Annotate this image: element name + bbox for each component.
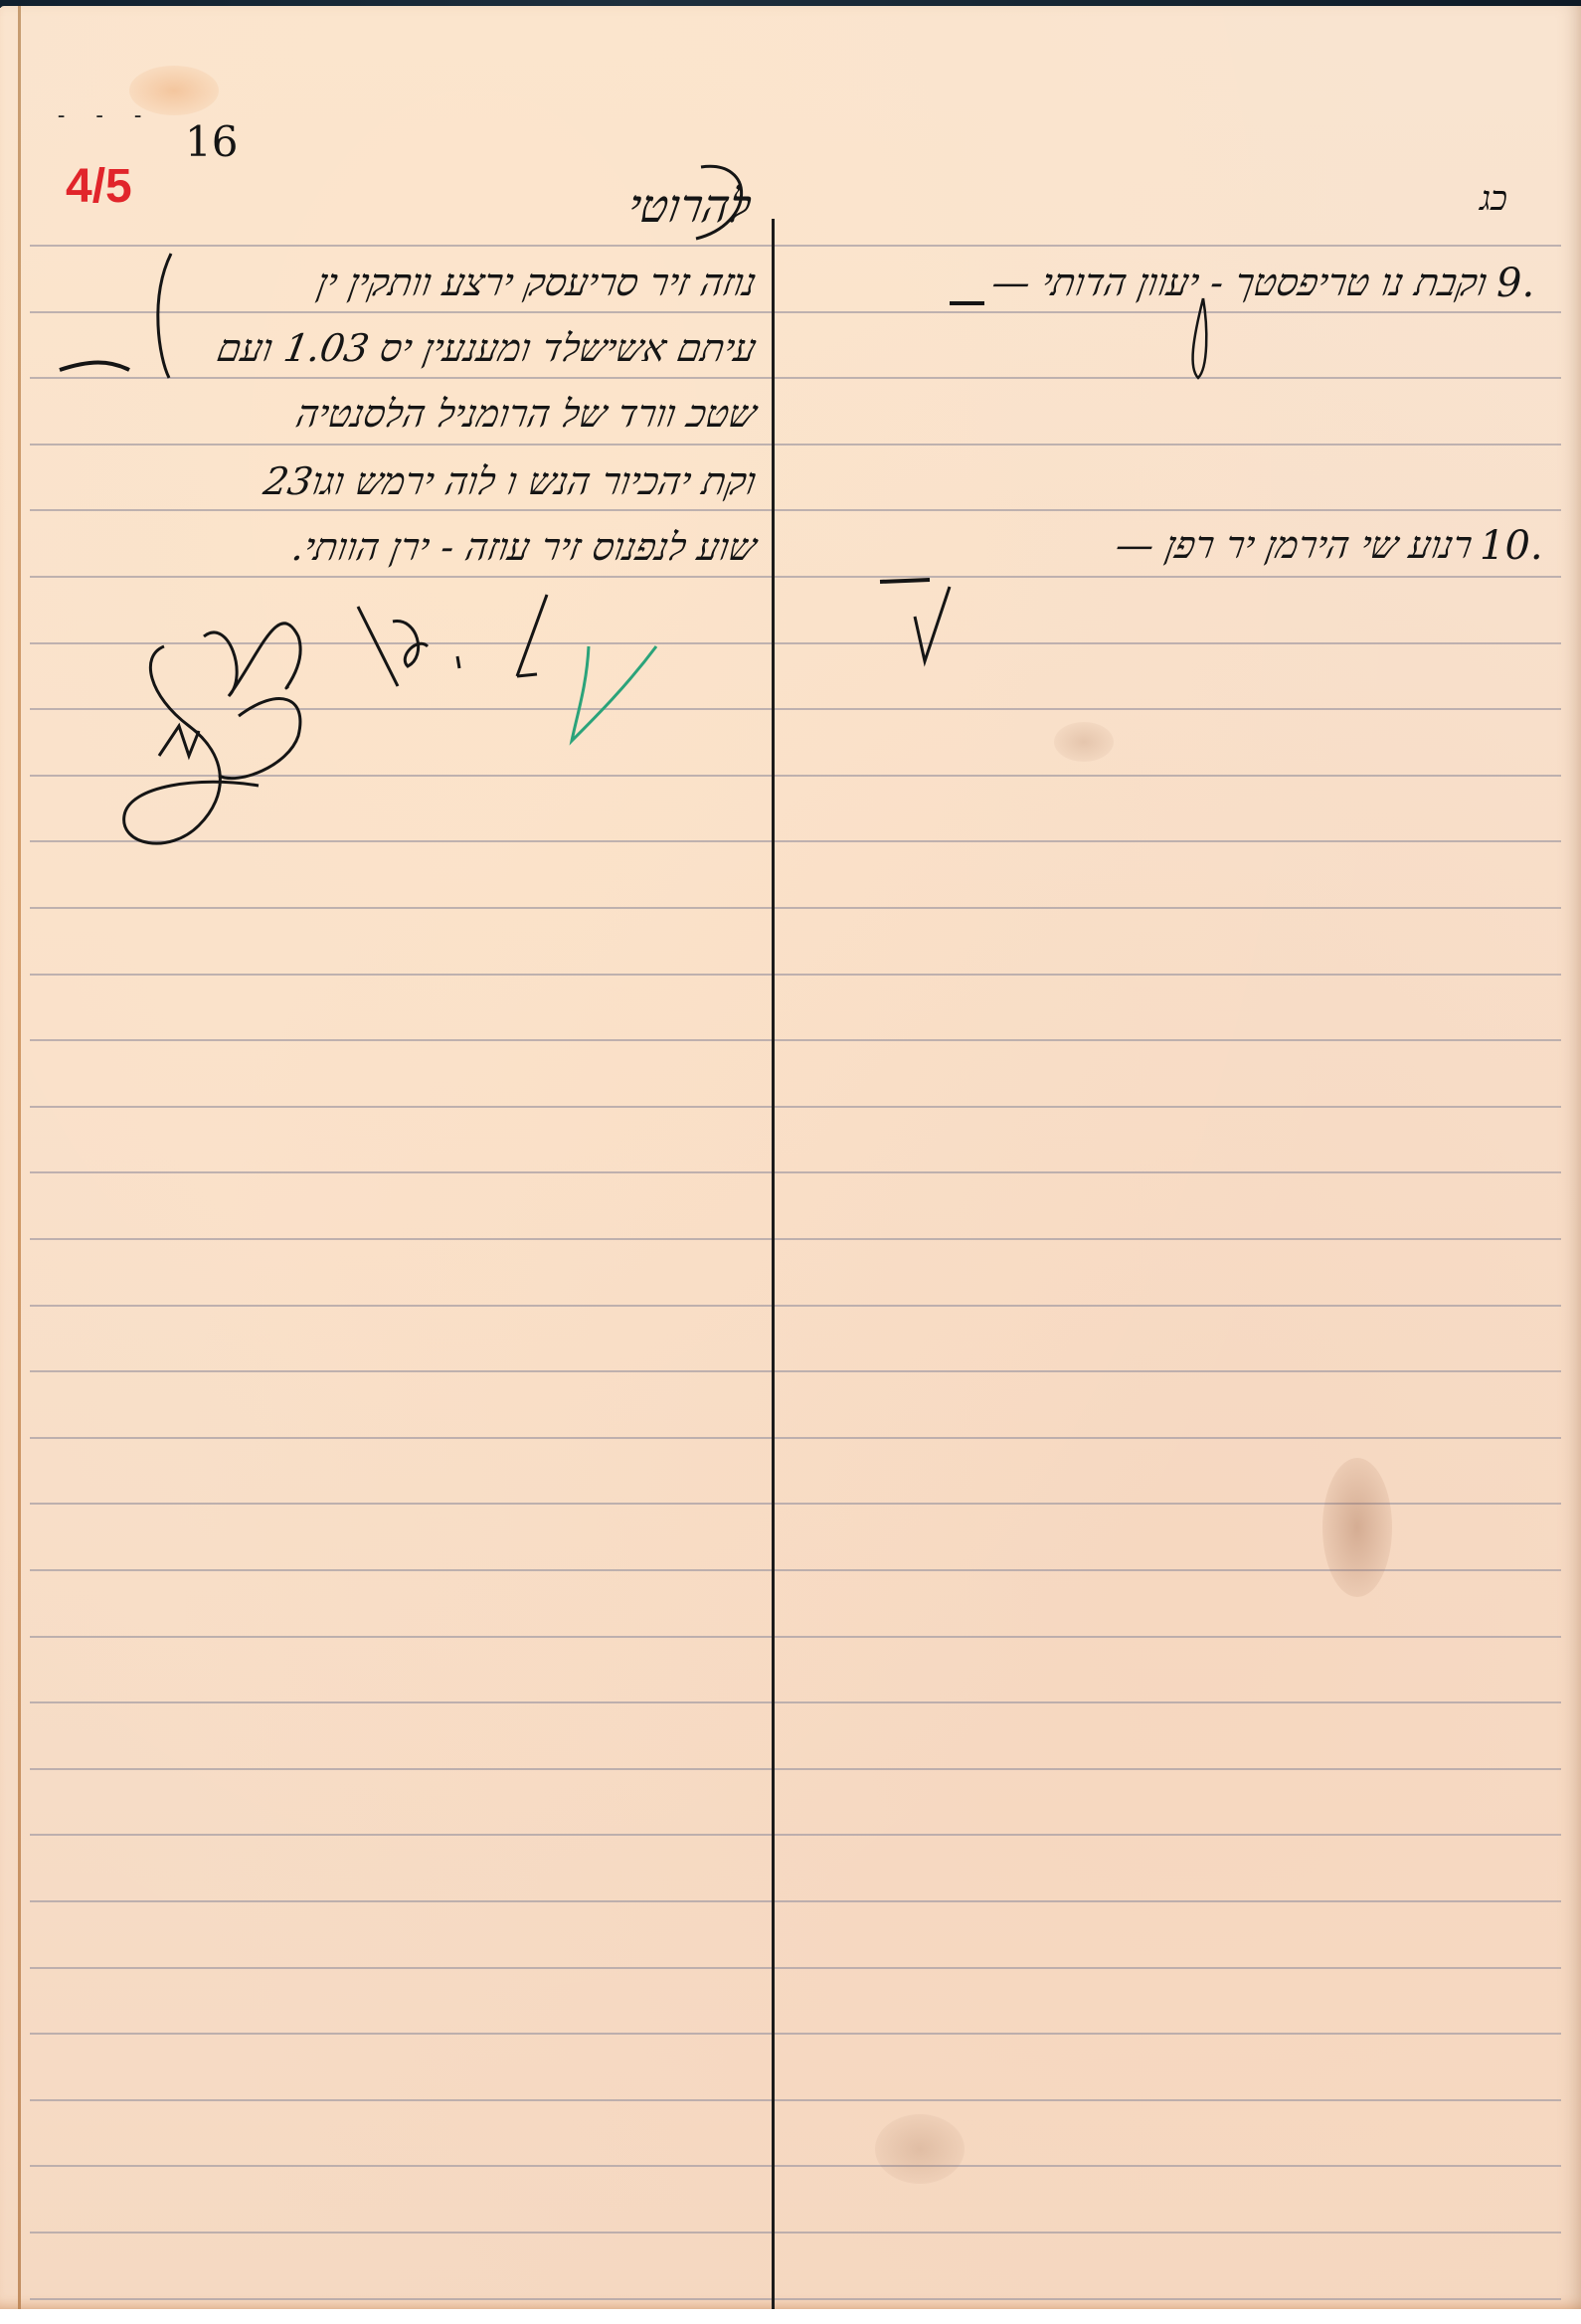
- green-check-icon: [572, 646, 656, 741]
- black-check-icon: [915, 587, 950, 661]
- signature-icon: [124, 607, 459, 843]
- ink-overlay: [0, 0, 1581, 2324]
- heading-bracket-stroke: [696, 166, 742, 239]
